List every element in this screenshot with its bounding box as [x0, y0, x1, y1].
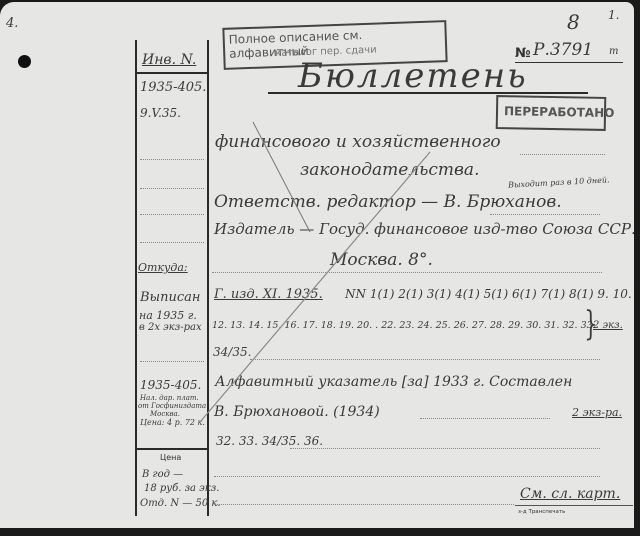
index-inv-number: 1935-405. — [140, 378, 201, 392]
see-next-card: См. сл. карт. — [520, 486, 620, 502]
call-number: № Р.3791 m — [515, 40, 623, 63]
holdings-issues-line-3: 34/35. — [213, 345, 251, 359]
from-label: Откуда: — [138, 261, 188, 274]
price-line-2: 18 руб. за экз. — [144, 483, 219, 494]
inv-label: Инв. N. — [142, 52, 196, 68]
left-dotline — [140, 188, 204, 189]
corner-mark-top-right: 1. — [608, 8, 619, 22]
corner-mark-top-left: 4. — [6, 16, 18, 31]
index-copies: 2 экз-ра. — [572, 406, 622, 419]
processed-stamp-text: ПЕРЕРАБОТАНО — [504, 104, 615, 120]
holdings-issues-line-2: 12. 13. 14. 15. 16. 17. 18. 19. 20. . 22… — [212, 320, 596, 331]
inv-date: 9.V.35. — [140, 106, 181, 120]
index-note-line-2: от Госфиниздата — [138, 402, 206, 410]
price-line-3: Отд. N — 50 к. — [140, 498, 221, 509]
signature-rule — [515, 505, 633, 506]
subtitle-line-1: финансового и хозяйственного — [215, 132, 501, 152]
main-dotline — [420, 418, 550, 419]
subscribed-line-3: в 2х экз-рах — [139, 322, 202, 333]
editor-line: Ответств. редактор — В. Брюханов. — [214, 192, 562, 212]
index-line-3: 32. 33. 34/35. 36. — [216, 434, 323, 448]
main-dotline — [490, 214, 600, 215]
left-dotline — [140, 361, 204, 362]
subscribed-line-1: Выписан — [140, 290, 200, 305]
subtitle-line-2: законодательства. — [300, 160, 479, 180]
index-line-2: В. Брюхановой. (1934) — [214, 404, 380, 420]
main-dotline — [520, 154, 605, 155]
subscribed-line-2: на 1935 г. — [139, 309, 197, 322]
main-dotline — [214, 504, 514, 505]
left-dotline — [140, 159, 204, 160]
place-format: Москва. 8°. — [330, 250, 433, 270]
call-number-value: Р.3791 — [533, 40, 593, 60]
left-column-inner-border — [207, 40, 209, 516]
publisher-line: Издатель — Госуд. финансовое изд-тво Сою… — [214, 220, 634, 238]
left-dotline — [140, 214, 204, 215]
index-note-line-4: Цена: 4 р. 72 к. — [140, 418, 205, 427]
holdings-issues-line-1: NN 1(1) 2(1) 3(1) 4(1) 5(1) 6(1) 7(1) 8(… — [345, 287, 634, 301]
price-header: Цена — [160, 453, 181, 462]
index-line-1: Алфавитный указатель [за] 1933 г. Состав… — [215, 374, 572, 390]
main-dotline — [250, 359, 600, 360]
frequency-note: Выходит раз в 10 дней. — [508, 175, 610, 189]
call-number-suffix: m — [609, 46, 618, 57]
main-dotline — [290, 448, 600, 449]
catalog-card: 4. 1. 8 Полное описание см. алфавитный к… — [0, 2, 634, 528]
index-note-line-1: Нал. дар. плат. — [140, 394, 199, 402]
holdings-copies: 2 экз. — [593, 320, 623, 331]
price-section-top-rule — [137, 448, 207, 450]
printer-mark: з-д Транспечать — [518, 509, 565, 515]
main-title: Бюллетень — [298, 56, 528, 96]
index-note-line-3: Москва. — [150, 410, 180, 418]
inv-header-rule — [137, 72, 207, 74]
punch-hole — [18, 55, 31, 68]
left-column-outer-border — [135, 40, 137, 516]
main-dotline — [212, 272, 602, 273]
sheet-number: 8 — [567, 10, 580, 34]
holdings-year-volume: Г. изд. XI. 1935. — [214, 287, 323, 302]
main-dotline — [214, 476, 600, 477]
inv-number: 1935-405. — [140, 80, 206, 95]
left-dotline — [140, 242, 204, 243]
processed-stamp: ПЕРЕРАБОТАНО — [496, 95, 607, 131]
title-rule — [268, 92, 588, 94]
price-line-1: В год — — [142, 469, 183, 480]
